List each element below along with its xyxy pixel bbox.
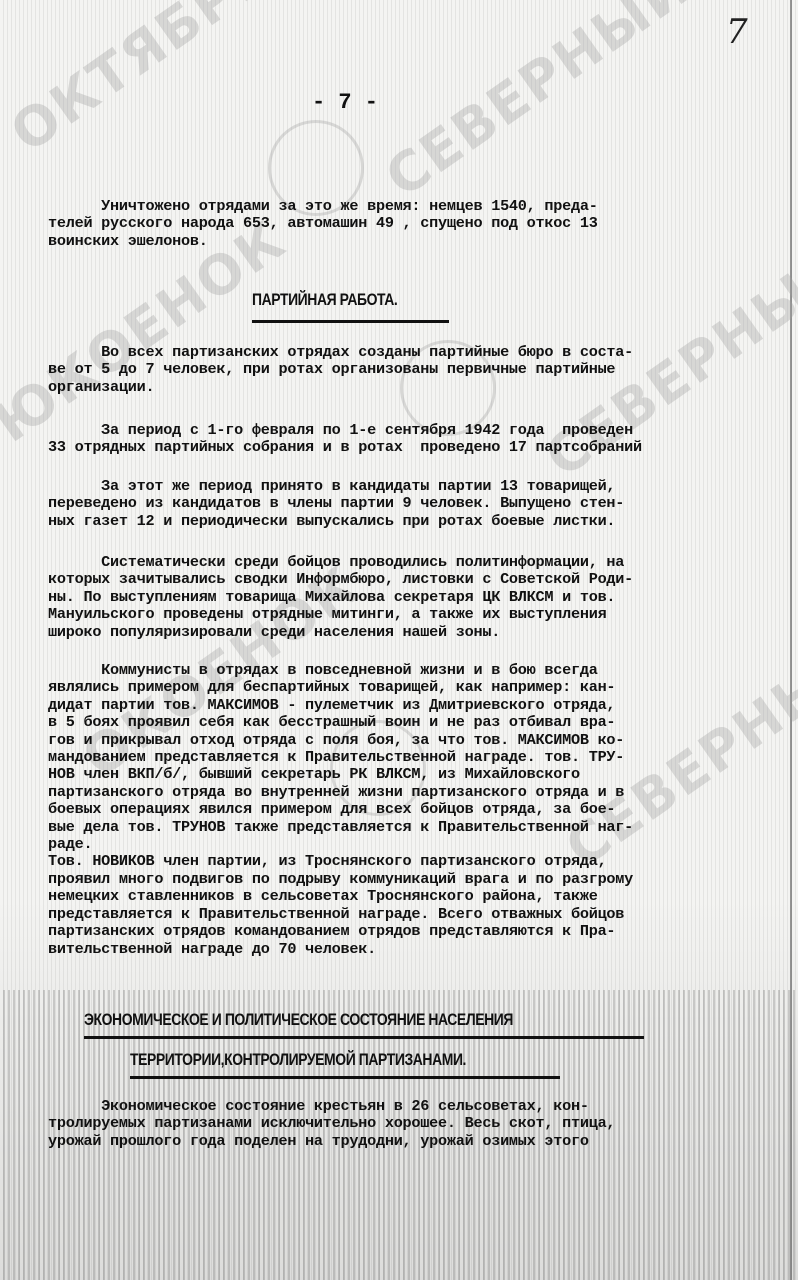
paragraph-party-meetings: За период с 1-го февраля по 1-е сентября… (48, 422, 793, 457)
heading-underline (252, 320, 449, 323)
paragraph-party-bureaus: Во всех партизанских отрядах созданы пар… (48, 344, 793, 396)
heading-economic-line1: ЭКОНОМИЧЕСКОЕ И ПОЛИТИЧЕСКОЕ СОСТОЯНИЕ Н… (84, 1010, 513, 1030)
handwritten-sheet-number: 7 (726, 12, 748, 52)
paragraph-communists-examples: Коммунисты в отрядах в повседневной жизн… (48, 662, 793, 958)
paragraph-political-info: Систематически среди бойцов проводились … (48, 554, 793, 641)
paragraph-candidates: За этот же период принято в кандидаты па… (48, 478, 793, 530)
heading-underline (84, 1036, 644, 1039)
watermark-stamp: ОКТЯБРЬ (0, 0, 285, 165)
page-number: - 7 - (312, 90, 378, 115)
paragraph-destroyed-stats: Уничтожено отрядами за это же время: нем… (48, 198, 793, 250)
heading-underline (130, 1076, 560, 1079)
heading-party-work: ПАРТИЙНАЯ РАБОТА. (252, 290, 397, 310)
heading-economic-line2: ТЕРРИТОРИИ,КОНТРОЛИРУЕМОЙ ПАРТИЗАНАМИ. (130, 1050, 466, 1070)
watermark-stamp: СЕВЕРНЫЙ (374, 0, 702, 210)
paragraph-economic-state: Экономическое состояние крестьян в 26 се… (48, 1098, 793, 1150)
